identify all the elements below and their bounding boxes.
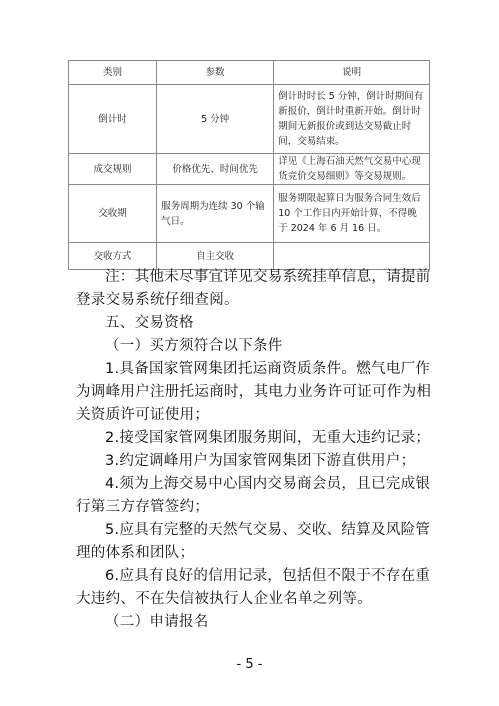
cell-param: 价格优先、时间优先 xyxy=(157,154,274,185)
header-desc: 说明 xyxy=(274,61,430,85)
list-item: 3.约定调峰用户为国家管网集团下游直供用户； xyxy=(76,450,436,473)
table-row: 倒计时 5 分钟 倒计时时长 5 分钟，倒计时期间有新报价，倒计时重新开始。倒计… xyxy=(69,85,430,154)
section-heading: 五、交易资格 xyxy=(76,312,436,335)
header-category: 类别 xyxy=(69,61,157,85)
list-item: 5.应具有完整的天然气交易、交收、结算及风险管理的体系和团队； xyxy=(76,519,436,565)
note-paragraph: 注：其他未尽事宜详见交易系统挂单信息，请提前登录交易系统仔细查阅。 xyxy=(76,266,436,312)
cell-category: 交收期 xyxy=(69,185,157,243)
cell-param: 5 分钟 xyxy=(157,85,274,154)
cell-desc: 倒计时时长 5 分钟，倒计时期间有新报价，倒计时重新开始。倒计时期间无新报价或到… xyxy=(274,85,430,154)
cell-param: 服务周期为连续 30 个输气日。 xyxy=(157,185,274,243)
table-header-row: 类别 参数 说明 xyxy=(69,61,430,85)
header-param: 参数 xyxy=(157,61,274,85)
list-item: 6.应具有良好的信用记录，包括但不限于不存在重大违约、不在失信被执行人企业名单之… xyxy=(76,565,436,611)
list-item: 1.具备国家管网集团托运商资质条件。燃气电厂作为调峰用户注册托运商时，其电力业务… xyxy=(76,358,436,427)
cell-desc: 服务期限起算日为服务合同生效后 10 个工作日内开始计算，不得晚于 2024 年… xyxy=(274,185,430,243)
page-number: - 5 - xyxy=(0,657,499,672)
table-row: 交收期 服务周期为连续 30 个输气日。 服务期限起算日为服务合同生效后 10 … xyxy=(69,185,430,243)
table-row: 成交规则 价格优先、时间优先 详见《上海石油天然气交易中心现货竞价交易细则》等交… xyxy=(69,154,430,185)
subsection-heading: （二）申请报名 xyxy=(76,611,436,634)
cell-desc: 详见《上海石油天然气交易中心现货竞价交易细则》等交易规则。 xyxy=(274,154,430,185)
cell-category: 倒计时 xyxy=(69,85,157,154)
cell-category: 成交规则 xyxy=(69,154,157,185)
list-item: 2.接受国家管网集团服务期间，无重大违约记录； xyxy=(76,427,436,450)
list-item: 4.须为上海交易中心国内交易商会员，且已完成银行第三方存管签约； xyxy=(76,473,436,519)
subsection-heading: （一）买方须符合以下条件 xyxy=(76,335,436,358)
trade-parameters-table: 类别 参数 说明 倒计时 5 分钟 倒计时时长 5 分钟，倒计时期间有新报价，倒… xyxy=(68,60,430,270)
